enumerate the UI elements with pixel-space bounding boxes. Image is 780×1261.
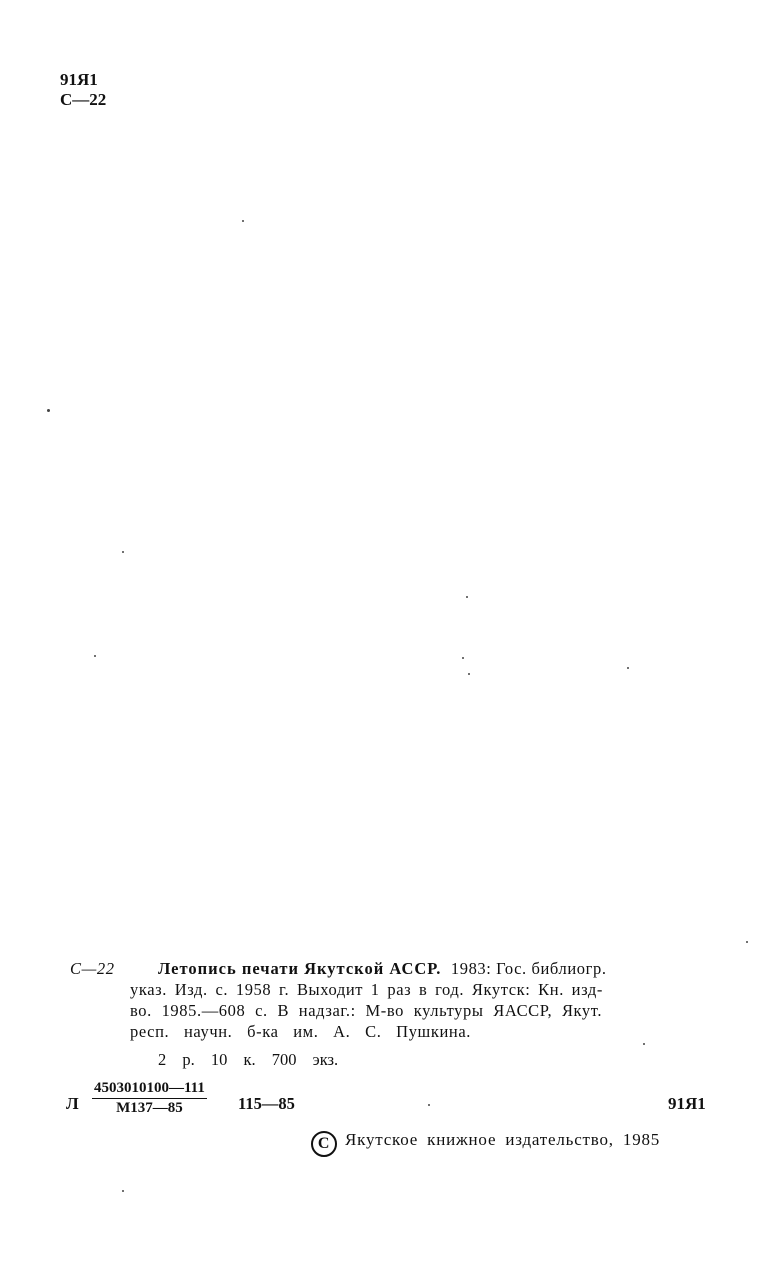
entry-title: Летопись печати Якутской АССР.	[158, 959, 441, 978]
scan-speck	[466, 596, 468, 598]
classification-index: 91Я1	[60, 70, 106, 90]
bbk-suffix: 115—85	[238, 1094, 295, 1114]
scan-speck	[462, 657, 464, 659]
scan-speck	[242, 220, 244, 222]
scan-speck	[94, 655, 96, 657]
entry-line-1-rest: 1983: Гос. библиогр.	[451, 959, 607, 978]
scan-speck	[468, 673, 470, 675]
price-and-print-run: 2 р. 10 к. 700 экз.	[158, 1050, 338, 1070]
bbk-denominator: М137—85	[92, 1099, 207, 1117]
entry-line-4: респ. научн. б-ка им. А. С. Пушкина.	[130, 1021, 471, 1042]
scan-speck	[122, 551, 124, 553]
scan-speck	[122, 1190, 124, 1192]
bbk-numerator: 4503010100—111	[92, 1080, 207, 1099]
classification-index-bottom: 91Я1	[668, 1094, 706, 1114]
scan-speck	[47, 409, 50, 412]
scan-speck	[643, 1043, 645, 1045]
bbk-letter: Л	[66, 1094, 79, 1114]
copyright-line: CЯкутское книжное издательство, 1985	[311, 1130, 660, 1157]
scan-speck	[627, 667, 629, 669]
entry-line-2: указ. Изд. с. 1958 г. Выходит 1 раз в го…	[130, 979, 603, 1000]
entry-line-1: Летопись печати Якутской АССР. 1983: Гос…	[158, 958, 607, 979]
copyright-text: Якутское книжное издательство, 1985	[345, 1130, 660, 1149]
entry-line-3: во. 1985.—608 с. В надзаг.: М-во культур…	[130, 1000, 602, 1021]
author-mark: С—22	[60, 90, 106, 110]
bbk-fraction: 4503010100—111 М137—85	[92, 1080, 207, 1117]
entry-code: С—22	[70, 958, 115, 979]
scan-speck	[746, 941, 748, 943]
classification-block: 91Я1 С—22	[60, 70, 106, 110]
scan-speck	[428, 1104, 430, 1106]
copyright-icon: C	[311, 1131, 337, 1157]
